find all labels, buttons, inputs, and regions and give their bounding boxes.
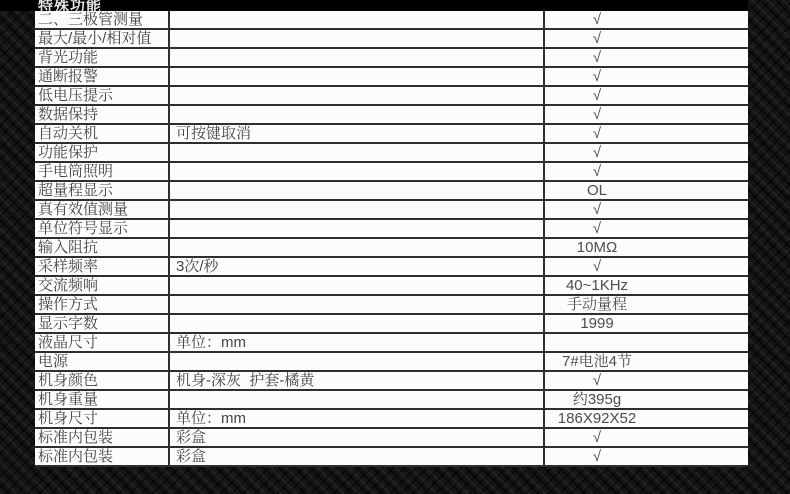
spec-value-cell: √ bbox=[545, 448, 748, 465]
spec-note-cell bbox=[170, 106, 545, 123]
spec-note-cell: 单位：mm bbox=[170, 334, 545, 351]
spec-label-cell: 背光功能 bbox=[35, 49, 170, 66]
spec-note-cell: 彩盒 bbox=[170, 429, 545, 446]
spec-label-cell: 交流频响 bbox=[35, 277, 170, 294]
spec-row: 通断报警√ bbox=[35, 68, 748, 87]
spec-note-cell bbox=[170, 87, 545, 104]
spec-label-cell: 超量程显示 bbox=[35, 182, 170, 199]
spec-note-cell bbox=[170, 391, 545, 408]
spec-row: 标准内包装彩盒√ bbox=[35, 448, 748, 467]
spec-row: 单位符号显示√ bbox=[35, 220, 748, 239]
spec-row: 机身颜色机身-深灰 护套-橘黄√ bbox=[35, 372, 748, 391]
spec-value-cell: 约395g bbox=[545, 391, 748, 408]
spec-row: 最大/最小/相对值√ bbox=[35, 30, 748, 49]
spec-note-cell bbox=[170, 239, 545, 256]
spec-value-cell: √ bbox=[545, 220, 748, 237]
spec-value-cell: 186X92X52 bbox=[545, 410, 748, 427]
spec-label-cell: 液晶尺寸 bbox=[35, 334, 170, 351]
spec-note-cell bbox=[170, 11, 545, 28]
spec-value-cell: √ bbox=[545, 49, 748, 66]
spec-label-cell: 机身重量 bbox=[35, 391, 170, 408]
spec-note-cell: 可按键取消 bbox=[170, 125, 545, 142]
spec-label-cell: 真有效值测量 bbox=[35, 201, 170, 218]
spec-value-cell: √ bbox=[545, 429, 748, 446]
spec-note-cell bbox=[170, 49, 545, 66]
spec-note-cell bbox=[170, 144, 545, 161]
spec-label-cell: 手电筒照明 bbox=[35, 163, 170, 180]
spec-label-cell: 通断报警 bbox=[35, 68, 170, 85]
spec-note-cell bbox=[170, 296, 545, 313]
spec-value-cell: 10MΩ bbox=[545, 239, 748, 256]
spec-row: 采样频率3次/秒√ bbox=[35, 258, 748, 277]
spec-row: 显示字数1999 bbox=[35, 315, 748, 334]
spec-row: 低电压提示√ bbox=[35, 87, 748, 106]
spec-label-cell: 功能保护 bbox=[35, 144, 170, 161]
spec-value-cell: √ bbox=[545, 106, 748, 123]
spec-note-cell bbox=[170, 315, 545, 332]
spec-note-cell: 3次/秒 bbox=[170, 258, 545, 275]
spec-row: 机身重量约395g bbox=[35, 391, 748, 410]
spec-label-cell: 电源 bbox=[35, 353, 170, 370]
spec-label-cell: 机身颜色 bbox=[35, 372, 170, 389]
spec-label-cell: 操作方式 bbox=[35, 296, 170, 313]
spec-label-cell: 采样频率 bbox=[35, 258, 170, 275]
spec-label-cell: 低电压提示 bbox=[35, 87, 170, 104]
spec-table: 二、三极管测量√最大/最小/相对值√背光功能√通断报警√低电压提示√数据保持√自… bbox=[35, 11, 748, 467]
spec-value-cell: √ bbox=[545, 125, 748, 142]
spec-label-cell: 二、三极管测量 bbox=[35, 11, 170, 28]
spec-row: 背光功能√ bbox=[35, 49, 748, 68]
table-header-title: 特殊功能 bbox=[38, 0, 102, 11]
spec-row: 机身尺寸单位：mm186X92X52 bbox=[35, 410, 748, 429]
spec-value-cell: 手动量程 bbox=[545, 296, 748, 313]
spec-note-cell bbox=[170, 201, 545, 218]
spec-row: 标准内包装彩盒√ bbox=[35, 429, 748, 448]
spec-row: 自动关机可按键取消√ bbox=[35, 125, 748, 144]
spec-value-cell: 1999 bbox=[545, 315, 748, 332]
spec-value-cell: OL bbox=[545, 182, 748, 199]
spec-value-cell: √ bbox=[545, 68, 748, 85]
spec-note-cell bbox=[170, 30, 545, 47]
spec-row: 真有效值测量√ bbox=[35, 201, 748, 220]
spec-label-cell: 标准内包装 bbox=[35, 429, 170, 446]
spec-label-cell: 输入阻抗 bbox=[35, 239, 170, 256]
spec-note-cell bbox=[170, 277, 545, 294]
spec-note-cell bbox=[170, 220, 545, 237]
spec-row: 二、三极管测量√ bbox=[35, 11, 748, 30]
spec-value-cell: √ bbox=[545, 372, 748, 389]
spec-value-cell: √ bbox=[545, 163, 748, 180]
spec-value-cell: √ bbox=[545, 87, 748, 104]
spec-note-cell bbox=[170, 182, 545, 199]
spec-label-cell: 单位符号显示 bbox=[35, 220, 170, 237]
page-background: 特殊功能 二、三极管测量√最大/最小/相对值√背光功能√通断报警√低电压提示√数… bbox=[0, 0, 790, 494]
spec-row: 电源7#电池4节 bbox=[35, 353, 748, 372]
spec-value-cell: √ bbox=[545, 30, 748, 47]
spec-note-cell: 机身-深灰 护套-橘黄 bbox=[170, 372, 545, 389]
spec-note-cell: 单位：mm bbox=[170, 410, 545, 427]
spec-label-cell: 自动关机 bbox=[35, 125, 170, 142]
table-header-bar: 特殊功能 bbox=[0, 0, 748, 11]
spec-note-cell bbox=[170, 353, 545, 370]
spec-row: 输入阻抗10MΩ bbox=[35, 239, 748, 258]
spec-label-cell: 最大/最小/相对值 bbox=[35, 30, 170, 47]
spec-note-cell: 彩盒 bbox=[170, 448, 545, 465]
spec-value-cell: √ bbox=[545, 258, 748, 275]
spec-note-cell bbox=[170, 163, 545, 180]
spec-label-cell: 机身尺寸 bbox=[35, 410, 170, 427]
spec-note-cell bbox=[170, 68, 545, 85]
spec-row: 操作方式手动量程 bbox=[35, 296, 748, 315]
spec-label-cell: 数据保持 bbox=[35, 106, 170, 123]
spec-row: 液晶尺寸单位：mm bbox=[35, 334, 748, 353]
spec-value-cell: √ bbox=[545, 201, 748, 218]
spec-row: 交流频响40~1KHz bbox=[35, 277, 748, 296]
spec-label-cell: 显示字数 bbox=[35, 315, 170, 332]
spec-row: 功能保护√ bbox=[35, 144, 748, 163]
spec-value-cell: 7#电池4节 bbox=[545, 353, 748, 370]
spec-value-cell bbox=[545, 334, 748, 351]
spec-value-cell: √ bbox=[545, 11, 748, 28]
spec-row: 超量程显示OL bbox=[35, 182, 748, 201]
spec-label-cell: 标准内包装 bbox=[35, 448, 170, 465]
spec-row: 手电筒照明√ bbox=[35, 163, 748, 182]
spec-value-cell: √ bbox=[545, 144, 748, 161]
spec-value-cell: 40~1KHz bbox=[545, 277, 748, 294]
spec-row: 数据保持√ bbox=[35, 106, 748, 125]
